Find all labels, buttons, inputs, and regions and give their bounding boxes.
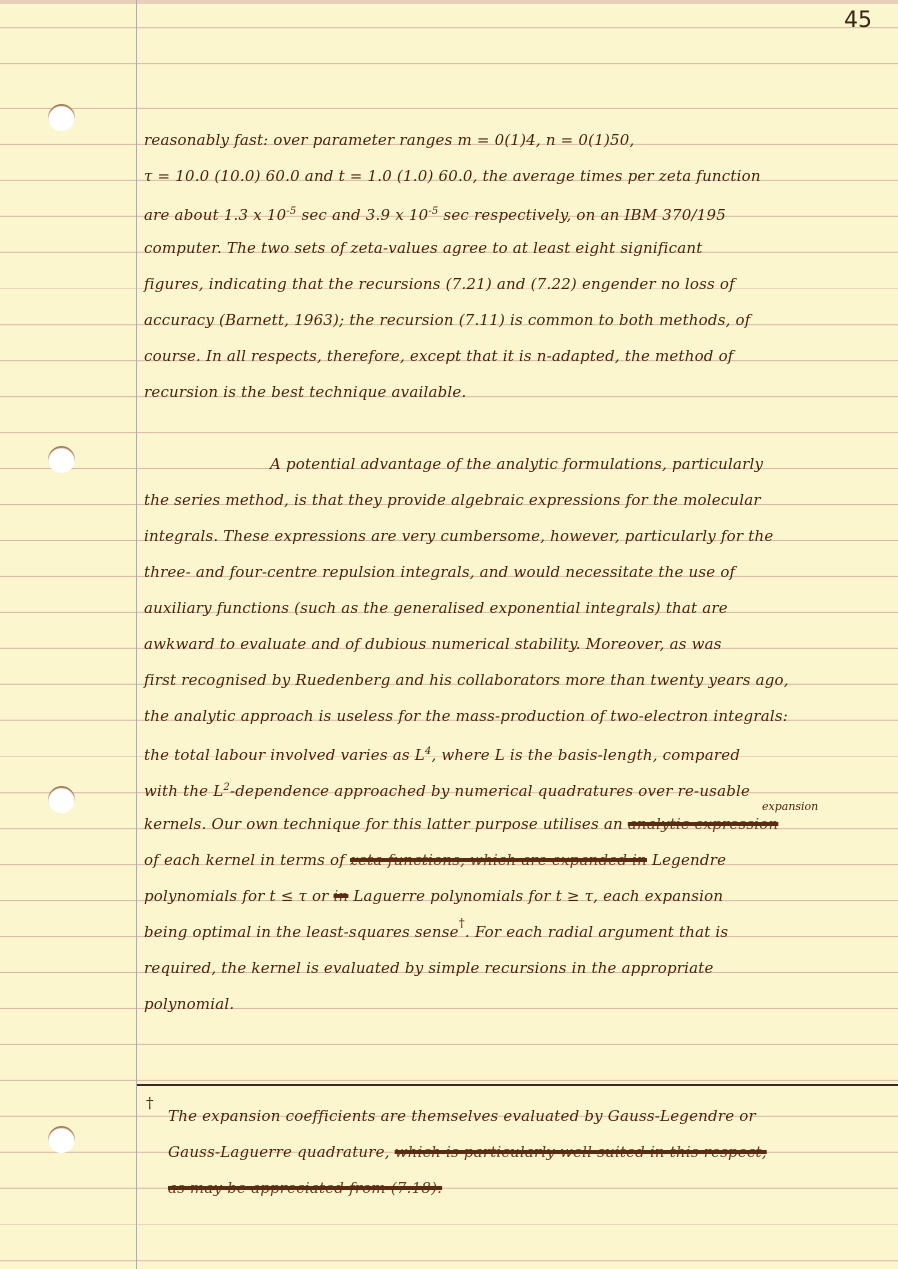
text-line: course. In all respects, therefore, exce… — [144, 346, 894, 366]
struck-text: which is particularly well suited in thi… — [395, 1143, 767, 1161]
text-span: polynomials for t ≤ τ or — [144, 887, 329, 905]
text-line: first recognised by Ruedenberg and his c… — [144, 670, 894, 690]
text-line: kernels. Our own technique for this latt… — [144, 814, 894, 834]
superscript: -5 — [428, 206, 438, 217]
text-line: are about 1.3 x 10-5 sec and 3.9 x 10-5 … — [144, 202, 894, 225]
text-line: with the L2-dependence approached by num… — [144, 778, 894, 801]
text-span: with the L — [144, 782, 223, 800]
text-span: Legendre — [652, 851, 726, 869]
text-span: , where L is the basis-length, compared — [431, 746, 740, 764]
text-span: Laguerre polynomials for t ≥ τ, each exp… — [353, 887, 723, 905]
text-line: τ = 10.0 (10.0) 60.0 and t = 1.0 (1.0) 6… — [144, 166, 894, 186]
text-line: integrals. These expressions are very cu… — [144, 526, 894, 546]
paper-top-edge — [0, 0, 898, 4]
text-span: of each kernel in terms of — [144, 851, 345, 869]
struck-text: zeta-functions, which are expanded in — [350, 851, 647, 869]
struck-text: as may be appreciated from (7.18). — [168, 1179, 442, 1197]
notebook-page: 45 reasonably fast: over parameter range… — [0, 0, 898, 1269]
text-line: required, the kernel is evaluated by sim… — [144, 958, 894, 978]
superscript: -5 — [286, 206, 296, 217]
inserted-word: expansion — [762, 800, 818, 813]
text-span: kernels. Our own technique for this latt… — [144, 815, 623, 833]
struck-text: analytic expression — [628, 815, 778, 833]
text-line: the analytic approach is useless for the… — [144, 706, 894, 726]
punch-hole — [48, 446, 75, 473]
page-number: 45 — [844, 8, 872, 33]
text-line: awkward to evaluate and of dubious numer… — [144, 634, 894, 654]
text-line: the series method, is that they provide … — [144, 490, 894, 510]
struck-text: in — [334, 887, 349, 905]
text-span: . For each radial argument that is — [465, 923, 728, 941]
text-line: polynomials for t ≤ τ or in Laguerre pol… — [144, 886, 894, 906]
text-line: polynomial. — [144, 994, 894, 1014]
dagger-mark: † — [459, 916, 465, 930]
text-span: the total labour involved varies as L — [144, 746, 425, 764]
text-line: figures, indicating that the recursions … — [144, 274, 894, 294]
text-line: auxiliary functions (such as the general… — [144, 598, 894, 618]
text-line: the total labour involved varies as L4, … — [144, 742, 894, 765]
text-span: being optimal in the least-squares sense — [144, 923, 459, 941]
text-line: three- and four-centre repulsion integra… — [144, 562, 894, 582]
text-line: being optimal in the least-squares sense… — [144, 922, 894, 943]
footnote-dagger: † — [146, 1094, 154, 1112]
punch-hole — [48, 104, 75, 131]
margin-rule — [136, 0, 137, 1269]
footnote-line: as may be appreciated from (7.18). — [168, 1178, 898, 1198]
footnote-line: Gauss-Laguerre quadrature, which is part… — [168, 1142, 898, 1162]
punch-hole — [48, 786, 75, 813]
text-line: accuracy (Barnett, 1963); the recursion … — [144, 310, 894, 330]
text-line: reasonably fast: over parameter ranges m… — [144, 130, 894, 150]
text-span: Gauss-Laguerre quadrature, — [168, 1143, 390, 1161]
footnote-line: The expansion coefficients are themselve… — [168, 1106, 898, 1126]
text-line: computer. The two sets of zeta-values ag… — [144, 238, 894, 258]
punch-hole — [48, 1126, 75, 1153]
text-line: recursion is the best technique availabl… — [144, 382, 894, 402]
text-span: -dependence approached by numerical quad… — [230, 782, 750, 800]
footnote-divider — [137, 1084, 898, 1086]
text-line: A potential advantage of the analytic fo… — [144, 454, 898, 474]
text-line: of each kernel in terms of zeta-function… — [144, 850, 894, 870]
